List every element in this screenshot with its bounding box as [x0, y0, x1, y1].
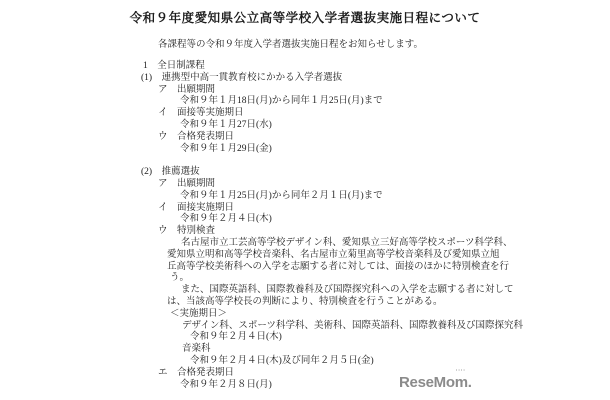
- department-list-line: デザイン科、スポーツ科学科、美術科、国際英語科、国際教養科及び国際探究科: [0, 321, 610, 333]
- exam-date: 令和９年２月４日(木)及び同年２月５日(金): [0, 356, 610, 368]
- item-a-label: ア 出願期間: [0, 179, 610, 191]
- subsection-2-heading: (2) 推薦選抜: [0, 167, 610, 179]
- paragraph-line: 名古屋市立工芸高等学校デザイン科、愛知県立三好高等学校スポーツ科学科、: [0, 238, 610, 250]
- item-e-label: エ 合格発表期日: [0, 368, 610, 380]
- music-department-label: 音楽科: [0, 344, 610, 356]
- item-i-label: イ 面接等実施期日: [0, 108, 610, 120]
- resemom-logo-period: .: [468, 374, 472, 391]
- document-body: 1 全日制課程 (1) 連携型中高一貫教育校にかかる入学者選抜 ア 出願期間 令…: [0, 61, 610, 391]
- item-u-label: ウ 特別検査: [0, 226, 610, 238]
- application-period-date: 令和９年１月18日(月)から同年１月25日(月)まで: [0, 96, 610, 108]
- section-spacer: [0, 155, 610, 167]
- section-1-heading: 1 全日制課程: [0, 61, 610, 73]
- paragraph-line: は、当該高等学校長の判断により、特別検査を行うことがある。: [0, 297, 610, 309]
- item-a-label: ア 出願期間: [0, 85, 610, 97]
- document-page: 令和９年度愛知県公立高等学校入学者選抜実施日程について 各課程等の令和９年度入学…: [0, 0, 610, 400]
- interview-date: 令和９年１月27日(水): [0, 120, 610, 132]
- logo-dots-icon: ····: [456, 368, 466, 374]
- paragraph-line: また、国際英語科、国際教養科及び国際探究科への入学を志願する者に対して: [0, 285, 610, 297]
- intro-sentence: 各課程等の令和９年度入学者選抜実施日程をお知らせします。: [158, 36, 423, 50]
- implementation-date-heading: ＜実施期日＞: [0, 309, 610, 321]
- announcement-date: 令和９年２月８日(月): [0, 380, 610, 392]
- subsection-1-heading: (1) 連携型中高一貫教育校にかかる入学者選抜: [0, 73, 610, 85]
- resemom-logo-text: ReseMo: [399, 374, 455, 391]
- paragraph-line: 丘高等学校美術科への入学を志願する者に対しては、面接のほかに特別検査を行: [0, 262, 610, 274]
- paragraph-line: 愛知県立明和高等学校音楽科、名古屋市立菊里高等学校音楽科及び愛知県立旭: [0, 250, 610, 262]
- resemom-logo: ReseMo····m.: [399, 374, 472, 391]
- item-u-label: ウ 合格発表期日: [0, 132, 610, 144]
- interview-date: 令和９年２月４日(木): [0, 214, 610, 226]
- resemom-logo-last-letter: m: [455, 374, 468, 391]
- announcement-date: 令和９年１月29日(金): [0, 144, 610, 156]
- item-i-label: イ 面接実施期日: [0, 203, 610, 215]
- paragraph-line: う。: [0, 273, 610, 285]
- document-title: 令和９年度愛知県公立高等学校入学者選抜実施日程について: [0, 8, 610, 26]
- exam-date: 令和９年２月４日(木): [0, 332, 610, 344]
- application-period-date: 令和９年１月25日(月)から同年２月１日(月)まで: [0, 191, 610, 203]
